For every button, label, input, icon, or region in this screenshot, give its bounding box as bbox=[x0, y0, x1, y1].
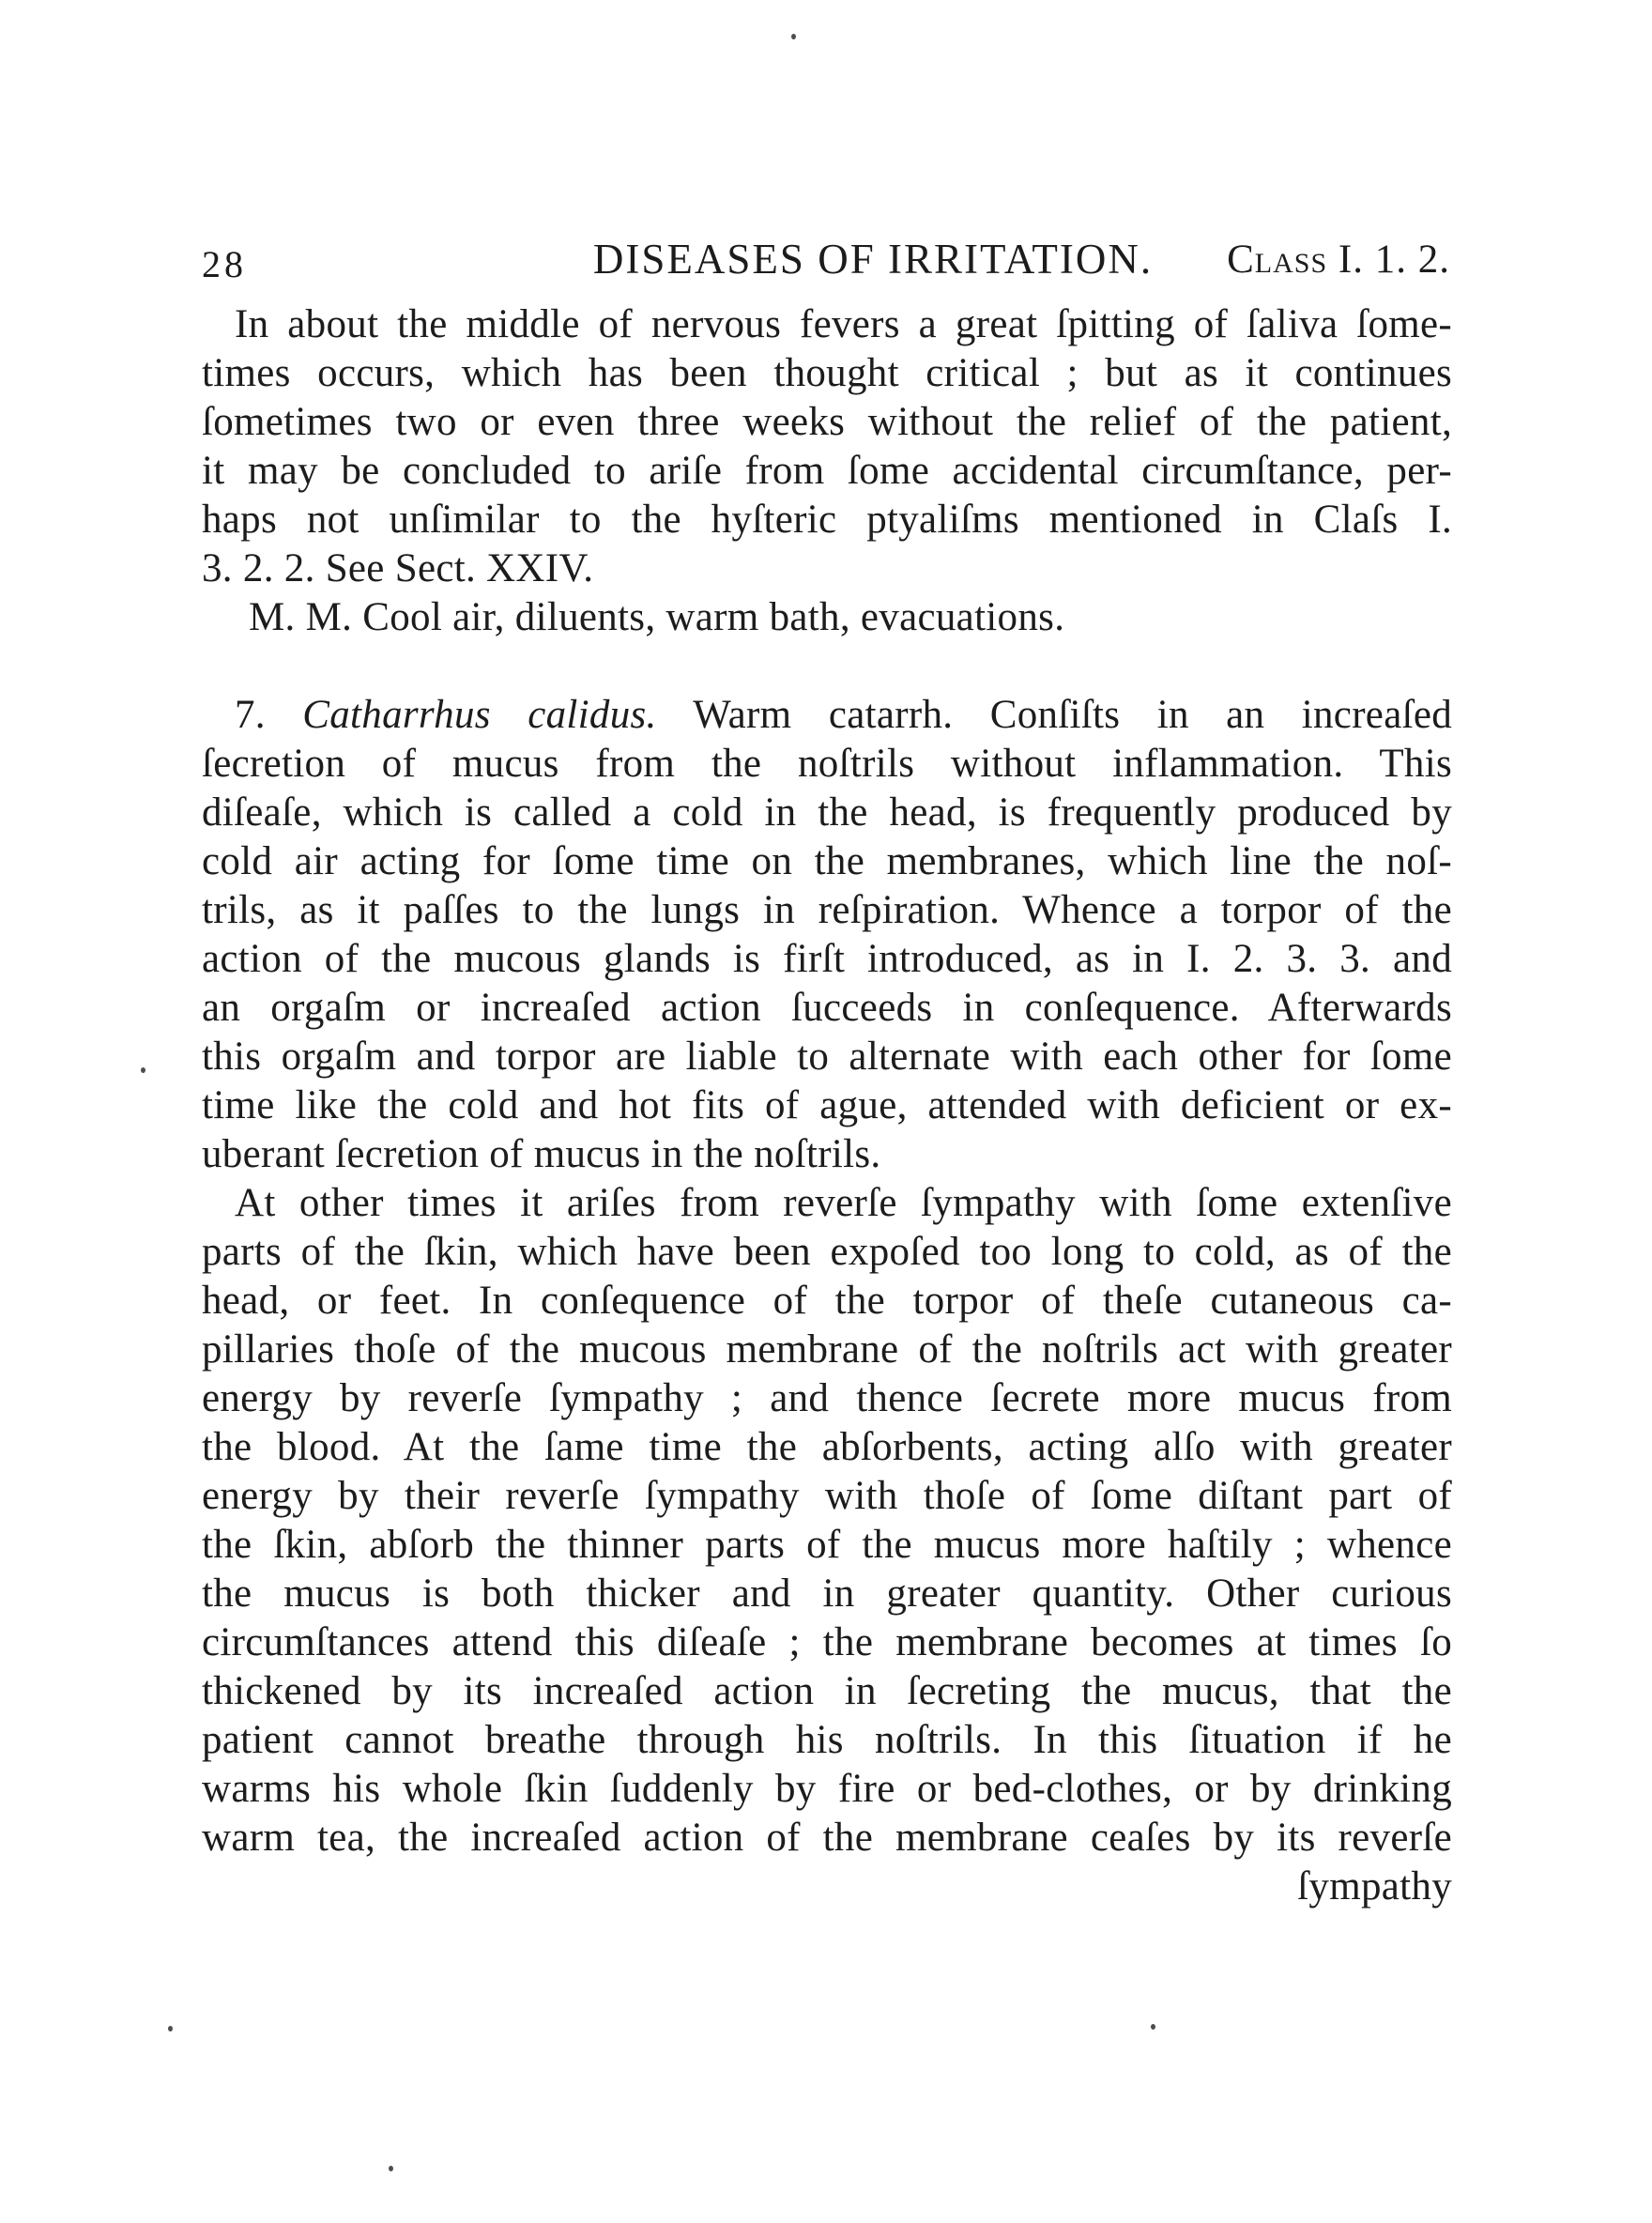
paragraph: In about the middle of nervous fevers a … bbox=[202, 300, 1452, 593]
text-line: the mucus is both thicker and in greater… bbox=[202, 1570, 1452, 1618]
text-line: 7. Catharrhus calidus. Warm catarrh. Con… bbox=[202, 691, 1452, 740]
text-line: the blood. At the ſame time the abſorben… bbox=[202, 1423, 1452, 1472]
text-line: cold air acting for ſome time on the mem… bbox=[202, 837, 1452, 886]
scan-speck bbox=[141, 1067, 145, 1073]
text-line: M. M. Cool air, diluents, warm bath, eva… bbox=[202, 593, 1452, 642]
text-line: parts of the ſkin, which have been expoſ… bbox=[202, 1228, 1452, 1277]
text-line: warm tea, the increaſed action of the me… bbox=[202, 1814, 1452, 1863]
text-line: At other times it ariſes from reverſe ſy… bbox=[202, 1179, 1452, 1228]
text-line: head, or feet. In conſequence of the tor… bbox=[202, 1277, 1452, 1326]
scan-speck bbox=[389, 2166, 393, 2171]
text-line: patient cannot breathe through his noſtr… bbox=[202, 1716, 1452, 1765]
text-line: pillaries thoſe of the mucous membrane o… bbox=[202, 1326, 1452, 1374]
class-number: I. 1. 2. bbox=[1338, 238, 1450, 282]
running-title: DISEASES OF IRRITATION. bbox=[593, 235, 1153, 284]
text-line: thickened by its increaſed action in ſec… bbox=[202, 1667, 1452, 1716]
scan-speck bbox=[791, 34, 796, 39]
text-line: diſeaſe, which is called a cold in the h… bbox=[202, 789, 1452, 837]
text-line: haps not unſimilar to the hyſteric ptyal… bbox=[202, 496, 1452, 544]
text-line: times occurs, which has been thought cri… bbox=[202, 349, 1452, 398]
text-line: the ſkin, abſorb the thinner parts of th… bbox=[202, 1521, 1452, 1570]
text-line: it may be concluded to ariſe from ſome a… bbox=[202, 447, 1452, 496]
text-line: 3. 2. 2. See Sect. XXIV. bbox=[202, 544, 1452, 593]
scan-speck bbox=[1151, 2024, 1155, 2030]
text-line: time like the cold and hot fits of ague,… bbox=[202, 1081, 1452, 1130]
text-line: uberant ſecretion of mucus in the noſtri… bbox=[202, 1130, 1452, 1179]
text-line: trils, as it paſſes to the lungs in reſp… bbox=[202, 886, 1452, 935]
class-reference: Class I. 1. 2. bbox=[1227, 237, 1450, 283]
text-line: In about the middle of nervous fevers a … bbox=[202, 300, 1452, 349]
book-page: 28 DISEASES OF IRRITATION. Class I. 1. 2… bbox=[0, 0, 1652, 2223]
text-line: action of the mucous glands is firſt int… bbox=[202, 935, 1452, 984]
page-number: 28 bbox=[202, 242, 247, 286]
paragraph: M. M. Cool air, diluents, warm bath, eva… bbox=[202, 593, 1452, 642]
text-line: ſecretion of mucus from the noſtrils wit… bbox=[202, 740, 1452, 789]
paragraph: At other times it ariſes from reverſe ſy… bbox=[202, 1179, 1452, 1863]
catchword: ſympathy bbox=[202, 1863, 1452, 1911]
text-line: ſometimes two or even three weeks withou… bbox=[202, 398, 1452, 447]
text-line: energy by their reverſe ſympathy with th… bbox=[202, 1472, 1452, 1521]
text-line: an orgaſm or increaſed action ſucceeds i… bbox=[202, 984, 1452, 1033]
paragraph: 7. Catharrhus calidus. Warm catarrh. Con… bbox=[202, 691, 1452, 1179]
class-label: Class bbox=[1227, 238, 1327, 282]
text-block: In about the middle of nervous fevers a … bbox=[202, 300, 1452, 1911]
text-line: energy by reverſe ſympathy ; and thence … bbox=[202, 1374, 1452, 1423]
scan-speck bbox=[168, 2026, 173, 2031]
text-line: circumſtances attend this diſeaſe ; the … bbox=[202, 1618, 1452, 1667]
text-line: this orgaſm and torpor are liable to alt… bbox=[202, 1033, 1452, 1081]
text-line: warms his whole ſkin ſuddenly by fire or… bbox=[202, 1765, 1452, 1814]
